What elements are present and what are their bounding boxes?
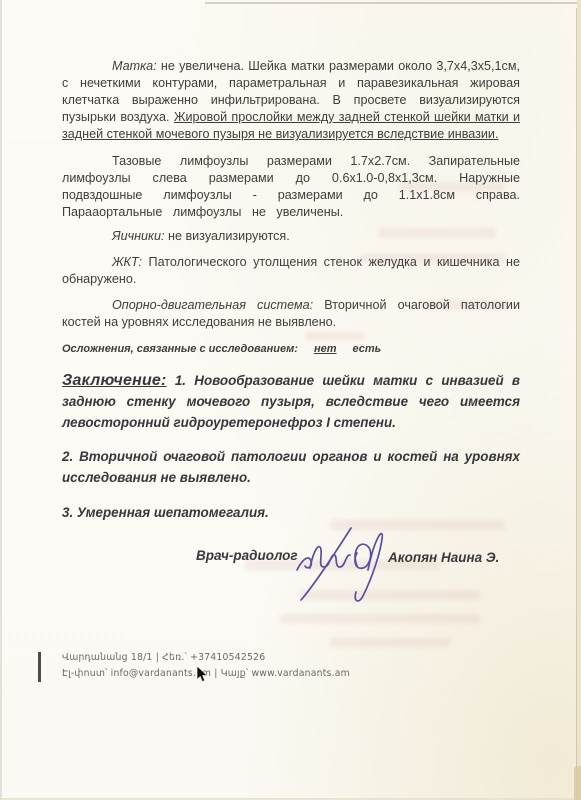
bleed-through-mark bbox=[330, 638, 450, 647]
ovaries-text: не визуализируются. bbox=[165, 229, 290, 243]
doctor-role-label: Врач-радиолог bbox=[196, 548, 298, 563]
conclusion-paragraph-3: 3. Умеренная шепатомегалия. bbox=[62, 502, 520, 523]
complications-option-no: нет bbox=[314, 343, 337, 355]
scan-edge-left bbox=[0, 0, 2, 800]
footer-email-website: Էլ-փոստ՝ info@vardanants.am | Կայք՝ www.… bbox=[62, 666, 482, 682]
complications-option-yes: есть bbox=[352, 343, 381, 355]
doctor-name: Акопян Наина Э. bbox=[388, 550, 499, 565]
paragraph-ovaries: Яичники: не визуализируются. bbox=[62, 228, 520, 245]
conclusion-paragraph-1: Заключение: 1. Новообразование шейки мат… bbox=[62, 370, 520, 433]
musculoskeletal-label: Опорно-двигательная система: bbox=[112, 298, 313, 312]
conclusion-paragraph-2: 2. Вторичной очаговой патологии органов … bbox=[62, 446, 520, 488]
conclusion-heading: Заключение: bbox=[62, 372, 167, 389]
complications-line: Осложнения, связанные с исследованием:не… bbox=[62, 341, 520, 358]
handwritten-signature bbox=[293, 508, 385, 608]
report-body: Матка: не увеличена. Шейка матки размера… bbox=[62, 58, 520, 536]
git-label: ЖКТ: bbox=[112, 255, 142, 269]
clinic-footer: Վարդանանց 18/1 | Հեռ.՝ +37410542526 Էլ-փ… bbox=[62, 650, 482, 682]
paragraph-musculoskeletal: Опорно-двигательная система: Вторичной о… bbox=[62, 297, 520, 331]
uterus-label: Матка: bbox=[112, 59, 157, 73]
mouse-cursor-icon bbox=[196, 666, 209, 683]
ovaries-label: Яичники: bbox=[112, 229, 165, 243]
scanned-medical-report-page: Матка: не увеличена. Шейка матки размера… bbox=[0, 0, 581, 800]
paragraph-lymph-nodes: Тазовые лимфоузлы размерами 1.7х2.7см. З… bbox=[62, 153, 520, 221]
complications-label: Осложнения, связанные с исследованием: bbox=[62, 343, 298, 355]
scan-edge-right bbox=[577, 0, 581, 800]
scan-edge-top bbox=[205, 2, 581, 4]
paragraph-git: ЖКТ: Патологического утолщения стенок же… bbox=[62, 254, 520, 288]
scan-corner-smudge bbox=[574, 766, 581, 800]
bleed-through-mark bbox=[280, 614, 480, 623]
footer-address-phone: Վարդանանց 18/1 | Հեռ.՝ +37410542526 bbox=[62, 650, 482, 666]
scan-edge-right-line bbox=[576, 8, 577, 800]
footer-accent-bar bbox=[38, 652, 41, 682]
paragraph-uterus: Матка: не увеличена. Шейка матки размера… bbox=[62, 58, 520, 143]
